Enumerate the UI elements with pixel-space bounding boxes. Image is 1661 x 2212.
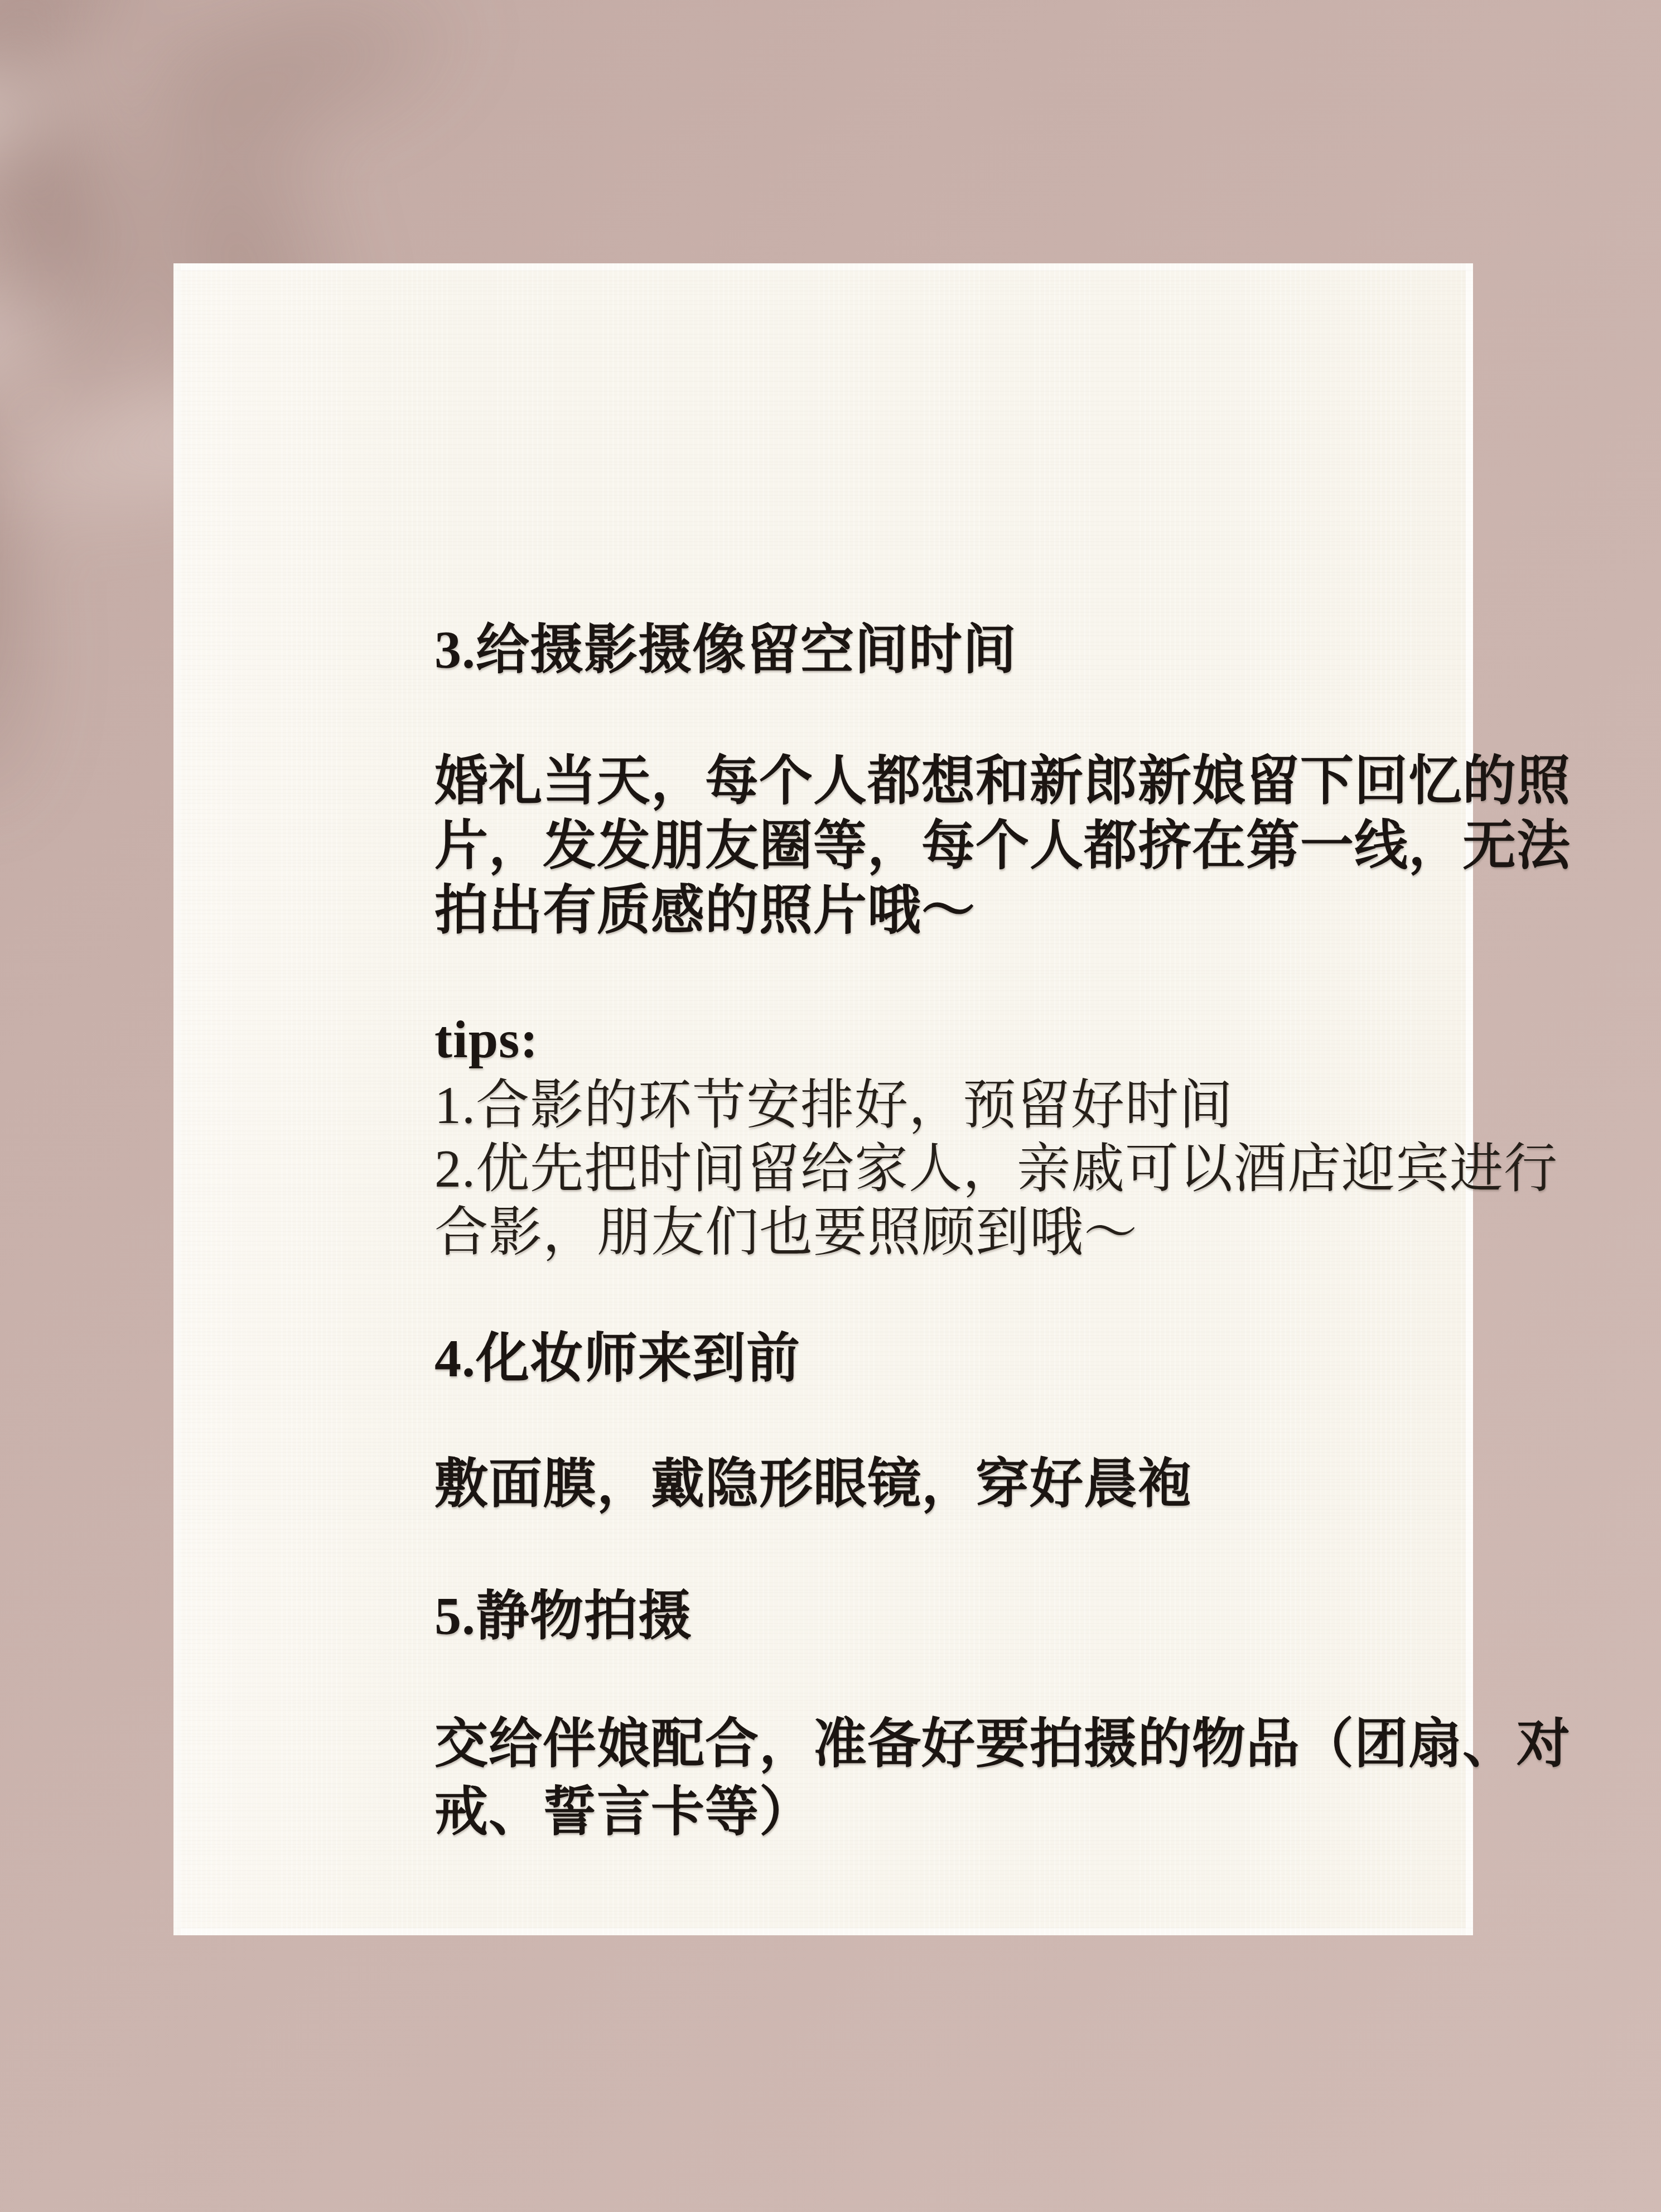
tips-list: 1.合影的环节安排好，预留好时间 2.优先把时间留给家人，亲戚可以酒店迎宾进行 … [434, 1073, 1558, 1264]
tips-item: 2.优先把时间留给家人，亲戚可以酒店迎宾进行 [434, 1137, 1558, 1201]
section-5-paragraph: 交给伴娘配合，准备好要拍摄的物品（团扇、对 戒、誓言卡等） [434, 1710, 1571, 1846]
tips-heading: tips: [434, 1007, 538, 1072]
paper-card: 3.给摄影摄像留空间时间 婚礼当天，每个人都想和新郎新娘留下回忆的照 片，发发朋… [173, 263, 1473, 1935]
paragraph-line: 拍出有质感的照片哦～ [434, 878, 1571, 943]
tips-item: 1.合影的环节安排好，预留好时间 [434, 1073, 1558, 1137]
paragraph-line: 戒、誓言卡等） [434, 1778, 1571, 1846]
paragraph-line: 交给伴娘配合，准备好要拍摄的物品（团扇、对 [434, 1710, 1571, 1778]
tips-item: 合影，朋友们也要照顾到哦～ [434, 1201, 1558, 1264]
page: { "colors": { "wall_base": "#c9b1ab", "w… [0, 0, 1661, 2212]
section-4-paragraph: 敷面膜，戴隐形眼镜，穿好晨袍 [434, 1452, 1192, 1516]
section-3-paragraph: 婚礼当天，每个人都想和新郎新娘留下回忆的照 片，发发朋友圈等，每个人都挤在第一线… [434, 749, 1571, 943]
paragraph-line: 婚礼当天，每个人都想和新郎新娘留下回忆的照 [434, 749, 1571, 813]
section-4-heading: 4.化妆师来到前 [434, 1326, 800, 1391]
section-5-heading: 5.静物拍摄 [434, 1584, 692, 1649]
paragraph-line: 片，发发朋友圈等，每个人都挤在第一线，无法 [434, 813, 1571, 878]
section-3-heading: 3.给摄影摄像留空间时间 [434, 618, 1017, 682]
